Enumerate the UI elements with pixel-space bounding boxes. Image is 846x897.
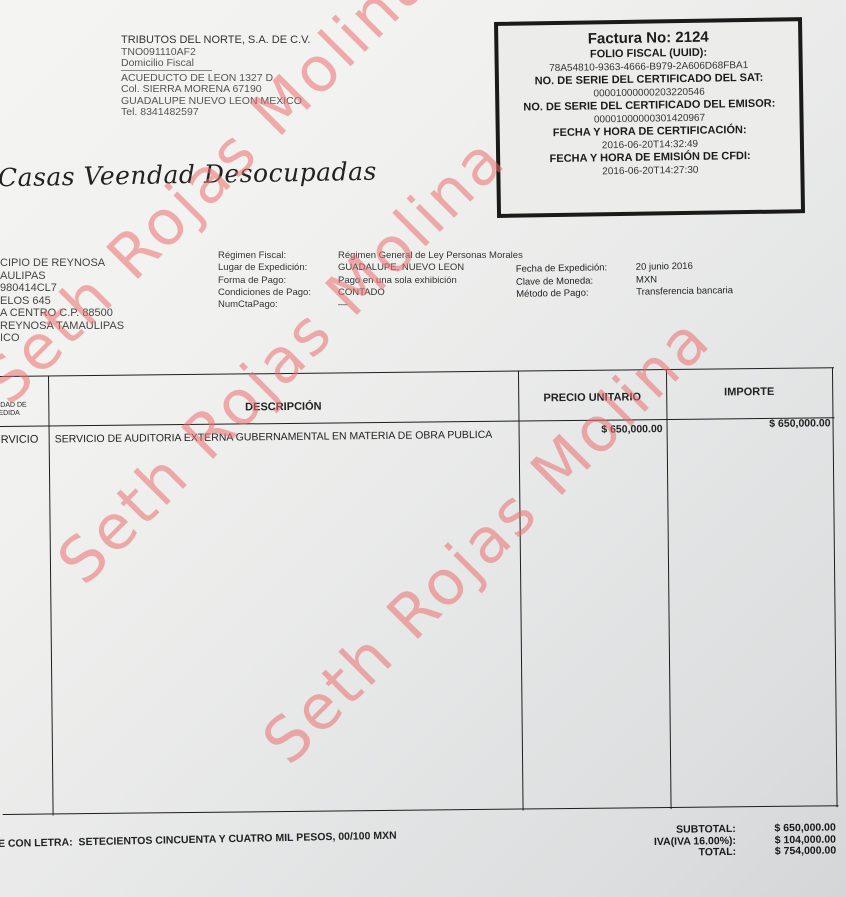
concepts-table: IDAD DE EDIDA DESCRIPCIÓN PRECIO UNITARI…	[0, 367, 839, 816]
issuer-block: TRIBUTOS DEL NORTE, S.A. DE C.V. TNO0911…	[121, 35, 311, 119]
header-precio: PRECIO UNITARIO	[518, 391, 666, 405]
total-row: TOTAL:$ 754,000.00	[620, 845, 836, 860]
handwritten-note: Casas Veendad Desocupadas	[0, 157, 377, 193]
col-divider	[48, 375, 54, 815]
receiver-line: 980414CL7	[0, 282, 124, 295]
domicilio-label: Domicilio Fiscal	[121, 58, 212, 71]
amount-in-words-label: E CON LETRA:	[0, 836, 73, 850]
total-value: $ 754,000.00	[736, 845, 836, 858]
fiscal-value: Pago en una sola exhibición	[338, 275, 457, 287]
table-right-border	[832, 367, 838, 807]
fiscal-label: NumCtaPago:	[218, 299, 338, 311]
row-descripcion: SERVICIO DE AUDITORIA EXTERNA GUBERNAMEN…	[55, 429, 495, 446]
receiver-line: CIPIO DE REYNOSA	[0, 257, 124, 270]
header-importe: IMPORTE	[666, 385, 832, 399]
issuer-phone: Tel. 8341482597	[121, 107, 311, 119]
receiver-line: ICO	[0, 332, 124, 345]
fiscal-row-condiciones: Condiciones de Pago:CONTADO	[218, 287, 523, 299]
table-top-border	[0, 367, 834, 377]
row-precio: $ 650,000.00	[519, 423, 663, 437]
amount-in-words: E CON LETRA: SETECIENTOS CINCUENTA Y CUA…	[0, 830, 397, 850]
header-descripcion: DESCRIPCIÓN	[48, 399, 518, 416]
fiscal-label: Lugar de Expedición:	[218, 262, 338, 274]
folio-box: Factura No: 2124 FOLIO FISCAL (UUID): 78…	[494, 17, 805, 218]
fiscal-value: Transferencia bancaria	[636, 285, 733, 299]
fiscal-label: Condiciones de Pago:	[218, 287, 338, 299]
table-bottom-border	[3, 805, 839, 815]
receiver-line: REYNOSA TAMAULIPAS	[0, 320, 124, 333]
fiscal-value: MXN	[636, 274, 657, 287]
fiscal-value: Régimen General de Ley Personas Morales	[338, 250, 523, 262]
fiscal-value: CONTADO	[338, 287, 385, 299]
header-unidad: IDAD DE EDIDA	[0, 401, 48, 418]
fiscal-row-lugar: Lugar de Expedición:GUADALUPE, NUEVO LEO…	[218, 262, 523, 274]
row-unidad: RVICIO	[1, 434, 39, 446]
fiscal-value: —	[338, 299, 348, 311]
fiscal-label: Método de Pago:	[516, 287, 636, 302]
fiscal-info: Régimen Fiscal:Régimen General de Ley Pe…	[218, 250, 523, 311]
fiscal-info-right: Fecha de Expedición:20 junio 2016 Clave …	[516, 260, 733, 301]
totals-block: SUBTOTAL:$ 650,000.00 IVA(IVA 16.00%):$ …	[620, 822, 836, 860]
fiscal-label: Forma de Pago:	[218, 275, 338, 287]
fiscal-row-regimen: Régimen Fiscal:Régimen General de Ley Pe…	[218, 250, 523, 262]
col-divider	[666, 369, 672, 809]
amount-in-words-value: SETECIENTOS CINCUENTA Y CUATRO MIL PESOS…	[78, 830, 396, 849]
issuer-name: TRIBUTOS DEL NORTE, S.A. DE C.V.	[121, 35, 311, 47]
receiver-line: AULIPAS	[0, 270, 124, 283]
receiver-line: ELOS 645	[0, 295, 124, 308]
fiscal-row-forma-pago: Forma de Pago:Pago en una sola exhibició…	[218, 275, 523, 287]
receiver-block: CIPIO DE REYNOSA AULIPAS 980414CL7 ELOS …	[0, 257, 124, 345]
fiscal-value: 20 junio 2016	[636, 261, 693, 274]
receiver-line: A CENTRO C.P. 88500	[0, 307, 124, 320]
metodo-pago-row: Método de Pago:Transferencia bancaria	[516, 285, 733, 301]
issuer-address-2: Col. SIERRA MORENA 67190	[121, 84, 311, 96]
fiscal-row-numcta: NumCtaPago:—	[218, 299, 523, 311]
row-importe: $ 650,000.00	[666, 417, 830, 431]
fiscal-label: Régimen Fiscal:	[218, 250, 338, 262]
fiscal-value: GUADALUPE, NUEVO LEON	[338, 262, 464, 274]
total-label: TOTAL:	[620, 847, 736, 860]
